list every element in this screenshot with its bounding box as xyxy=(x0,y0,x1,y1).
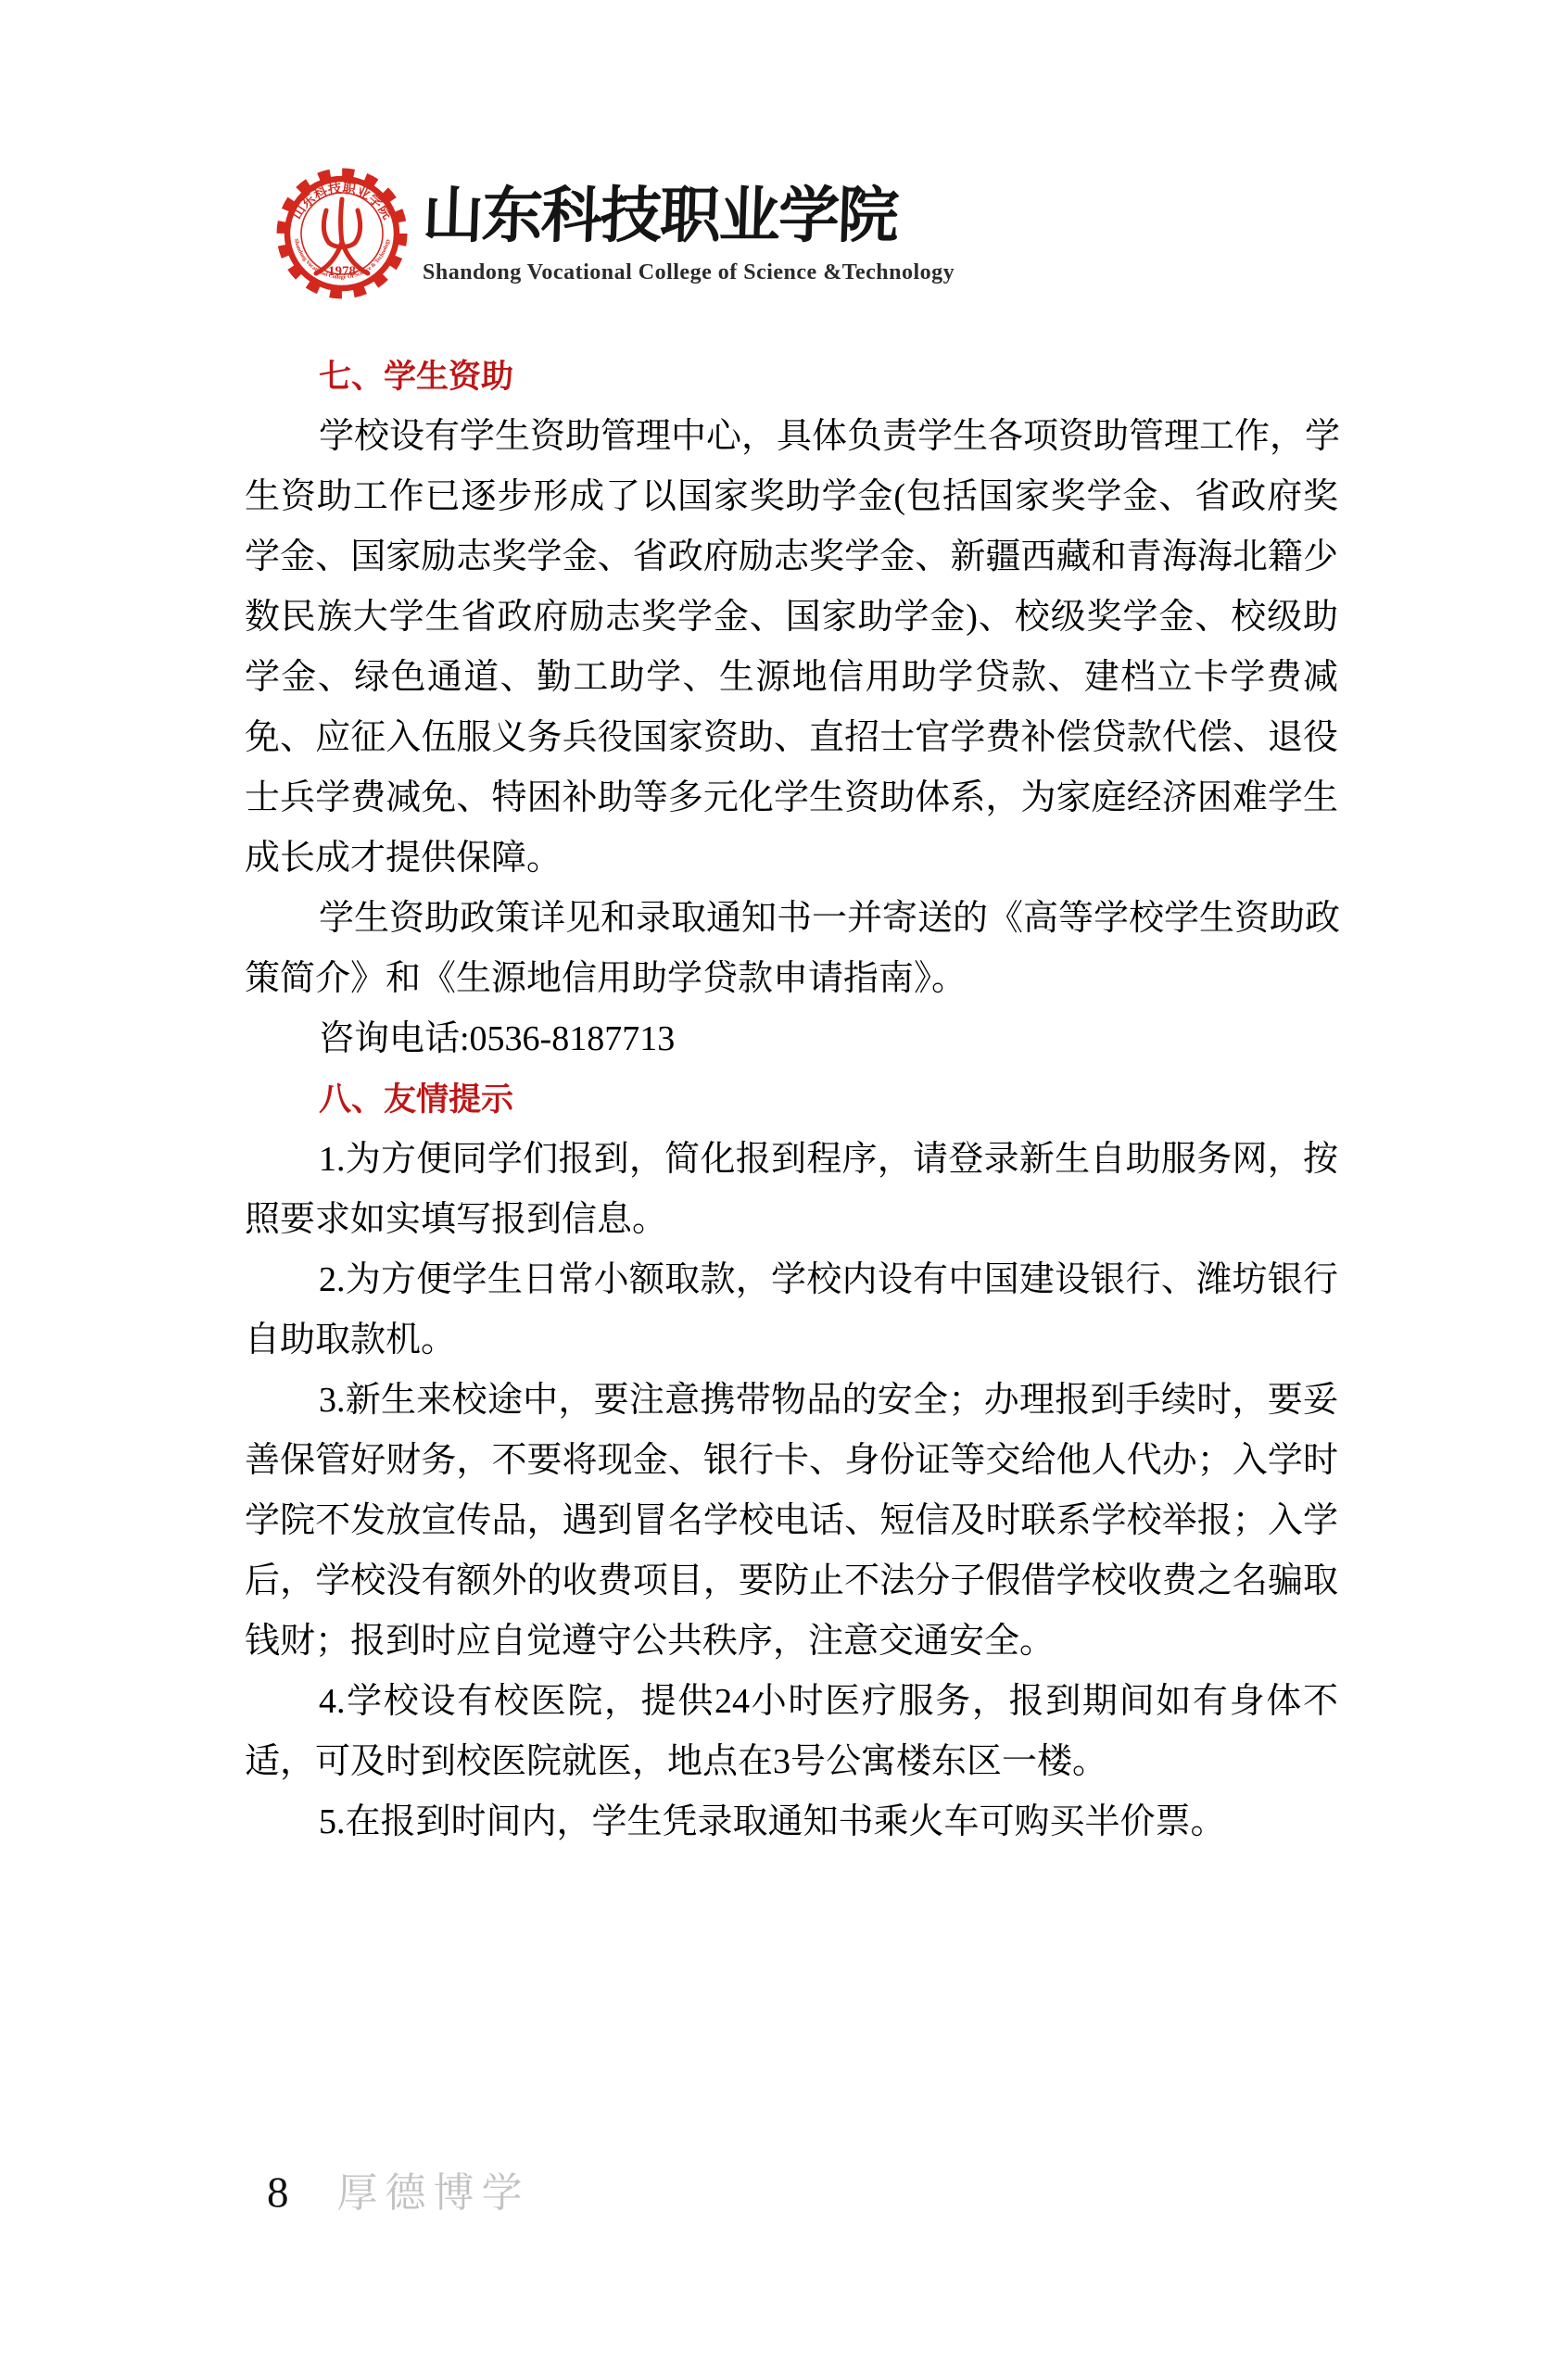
college-name-chinese: 山东科技职业学院 xyxy=(421,174,1072,259)
college-header: 山东科技职业学院 Shandong Vocational College Of … xyxy=(0,0,1568,334)
text-line: 学校设有学生资助管理中心，具体负责学生各项资助管理工作，学 xyxy=(245,407,1338,467)
seal-year: 1978 xyxy=(328,264,356,279)
text-line: 1.为方便同学们报到，简化报到程序，请登录新生自助服务网，按 xyxy=(245,1130,1338,1190)
document-page: 山东科技职业学院 Shandong Vocational College Of … xyxy=(0,0,1568,2364)
text-line: 4.学校设有校医院，提供24小时医疗服务，报到期间如有身体不 xyxy=(245,1672,1338,1732)
section-heading: 八、友情提示 xyxy=(245,1069,1338,1130)
text-line: 2.为方便学生日常小额取款，学校内设有中国建设银行、潍坊银行 xyxy=(245,1250,1338,1310)
text-line: 照要求如实填写报到信息。 xyxy=(245,1190,1338,1250)
section-heading: 七、学生资助 xyxy=(245,347,1338,407)
text-line: 学院不发放宣传品，遇到冒名学校电话、短信及时联系学校举报；入学 xyxy=(245,1491,1338,1551)
text-line: 士兵学费减免、特困补助等多元化学生资助体系，为家庭经济困难学生 xyxy=(245,768,1338,828)
text-line: 学金、绿色通道、勤工助学、生源地信用助学贷款、建档立卡学费减 xyxy=(245,648,1338,708)
text-line: 策简介》和《生源地信用助学贷款申请指南》。 xyxy=(245,949,1338,1009)
text-line: 自助取款机。 xyxy=(245,1310,1338,1371)
text-line: 5.在报到时间内，学生凭录取通知书乘火车可购买半价票。 xyxy=(245,1792,1338,1852)
text-line: 3.新生来校途中，要注意携带物品的安全；办理报到手续时，要妥 xyxy=(245,1371,1338,1431)
text-line: 钱财；报到时应自觉遵守公共秩序，注意交通安全。 xyxy=(245,1612,1338,1672)
text-line: 成长成才提供保障。 xyxy=(245,828,1338,889)
page-footer: 8 厚德博学 xyxy=(267,2159,530,2215)
text-line: 学金、国家励志奖学金、省政府励志奖学金、新疆西藏和青海海北籍少 xyxy=(245,527,1338,588)
document-content: 七、学生资助学校设有学生资助管理中心，具体负责学生各项资助管理工作，学生资助工作… xyxy=(245,347,1338,1852)
college-brand: 山东科技职业学院 Shandong Vocational College of … xyxy=(423,174,1071,285)
text-line: 免、应征入伍服义务兵役国家资助、直招士官学费补偿贷款代偿、退役 xyxy=(245,708,1338,768)
text-line: 学生资助政策详见和录取通知书一并寄送的《高等学校学生资助政 xyxy=(245,889,1338,949)
text-line: 数民族大学生省政府励志奖学金、国家助学金)、校级奖学金、校级助 xyxy=(245,588,1338,648)
college-name-english: Shandong Vocational College of Science &… xyxy=(423,259,1071,285)
text-line: 后，学校没有额外的收费项目，要防止不法分子假借学校收费之名骗取 xyxy=(245,1551,1338,1612)
text-line: 适，可及时到校医院就医，地点在3号公寓楼东区一楼。 xyxy=(245,1732,1338,1792)
school-motto-watermark: 厚德博学 xyxy=(337,2159,530,2219)
page-number: 8 xyxy=(267,2168,289,2218)
text-line: 咨询电话:0536-8187713 xyxy=(245,1009,1338,1069)
text-line: 善保管好财务，不要将现金、银行卡、身份证等交给他人代办；入学时 xyxy=(245,1431,1338,1491)
college-seal-icon: 山东科技职业学院 Shandong Vocational College Of … xyxy=(272,163,411,304)
text-line: 生资助工作已逐步形成了以国家奖助学金(包括国家奖学金、省政府奖 xyxy=(245,467,1338,527)
